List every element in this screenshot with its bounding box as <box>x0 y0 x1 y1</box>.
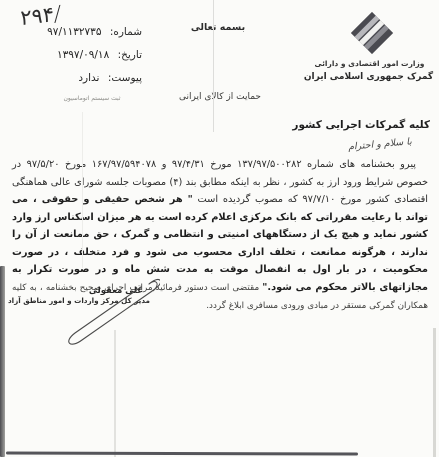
organization-name: گمرک جمهوری اسلامی ایران <box>298 72 439 82</box>
date-label: تاریخ: <box>118 49 142 61</box>
scan-fold-line-top <box>213 0 214 132</box>
number-row: شماره: ۹۷/۱۱۳۲۷۳۵ <box>14 26 142 38</box>
diamond-stripes-icon <box>349 10 395 56</box>
bismillah-text: بسمه تعالی <box>178 22 258 33</box>
customs-emblem-icon <box>349 10 395 56</box>
scanned-letter-page: ۲۹۴/ شماره: ۹۷/۱۱۳۲۷۳۵ تاریخ: ۱۳۹۷/۰۹/۱۸… <box>0 0 439 457</box>
attachment-label: پیوست: <box>108 72 142 84</box>
ministry-name: وزارت امور اقتصادی و دارائی <box>300 59 439 68</box>
scan-edge-shadow-left <box>0 266 5 457</box>
handwritten-salutation: با سلام و احترام <box>340 136 421 154</box>
letter-meta-block: شماره: ۹۷/۱۱۳۲۷۳۵ تاریخ: ۱۳۹۷/۰۹/۱۸ پیوس… <box>14 26 142 102</box>
date-row: تاریخ: ۱۳۹۷/۰۹/۱۸ <box>14 49 142 61</box>
attachment-value: ندارد <box>78 72 99 84</box>
scan-edge-shadow-right <box>433 328 436 457</box>
attachment-row: پیوست: ندارد <box>14 72 142 84</box>
number-label: شماره: <box>110 26 142 38</box>
automation-note: ثبت سیستم اتوماسیون <box>42 95 142 102</box>
scan-edge-shadow-bottom <box>6 452 358 456</box>
number-value: ۹۷/۱۱۳۲۷۳۵ <box>47 26 101 38</box>
recipient-line: کلیه گمرکات اجرایی کشور <box>292 119 430 131</box>
handwritten-signature <box>55 273 160 351</box>
year-slogan: حمایت از کالای ایرانی <box>160 92 280 102</box>
date-value: ۱۳۹۷/۰۹/۱۸ <box>57 49 109 61</box>
